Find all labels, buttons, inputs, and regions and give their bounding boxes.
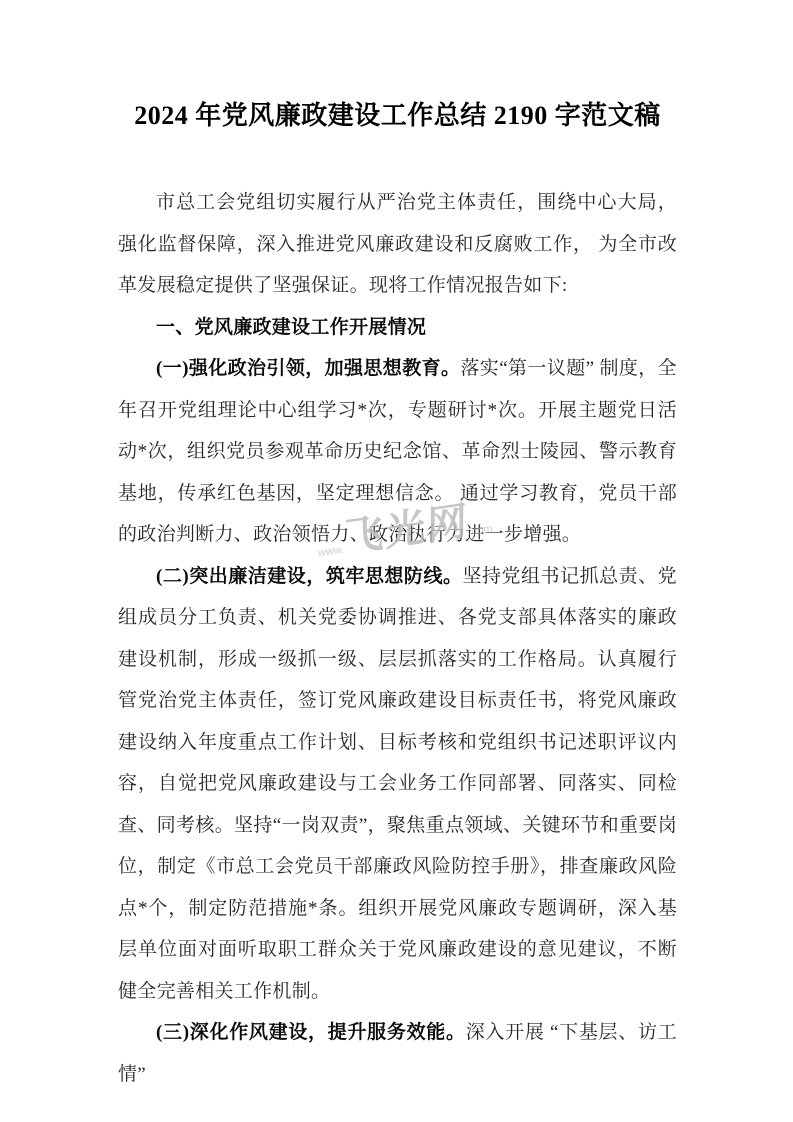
section-heading-1: 一、党风廉政建设工作开展情况	[118, 307, 677, 349]
intro-paragraph: 市总工会党组切实履行从严治党主体责任，围绕中心大局，强化监督保障，深入推进党风廉…	[118, 182, 677, 307]
paragraph-item-1: (一)强化政治引领，加强思想教育。落实“第一议题” 制度，全年召开党组理论中心组…	[118, 348, 677, 556]
paragraph-item-2-text: 坚持党组书记抓总责、党组成员分工负责、机关党委协调推进、各党支部具体落实的廉政建…	[118, 566, 677, 1002]
document-body: 2024 年党风廉政建设工作总结 2190 字范文稿 市总工会党组切实履行从严治…	[118, 96, 677, 1095]
intro-paragraph-text: 市总工会党组切实履行从严治党主体责任，围绕中心大局，强化监督保障，深入推进党风廉…	[118, 192, 677, 296]
document-page: www. 飞光网 .com 2024 年党风廉政建设工作总结 2190 字范文稿…	[0, 0, 793, 1122]
paragraph-item-3: (三)深化作风建设，提升服务效能。深入开展 “下基层、访工情”	[118, 1012, 677, 1095]
paragraph-item-2-lead: (二)突出廉洁建设，筑牢思想防线。	[156, 566, 462, 587]
section-heading-1-text: 一、党风廉政建设工作开展情况	[156, 317, 426, 338]
paragraph-item-2: (二)突出廉洁建设，筑牢思想防线。坚持党组书记抓总责、党组成员分工负责、机关党委…	[118, 556, 677, 1013]
paragraph-item-3-lead: (三)深化作风建设，提升服务效能。	[156, 1022, 466, 1043]
paragraph-item-1-text: 落实“第一议题” 制度，全年召开党组理论中心组学习*次，专题研讨*次。开展主题党…	[118, 358, 677, 545]
paragraph-item-1-lead: (一)强化政治引领，加强思想教育。	[156, 358, 460, 379]
document-title: 2024 年党风廉政建设工作总结 2190 字范文稿	[118, 96, 677, 136]
